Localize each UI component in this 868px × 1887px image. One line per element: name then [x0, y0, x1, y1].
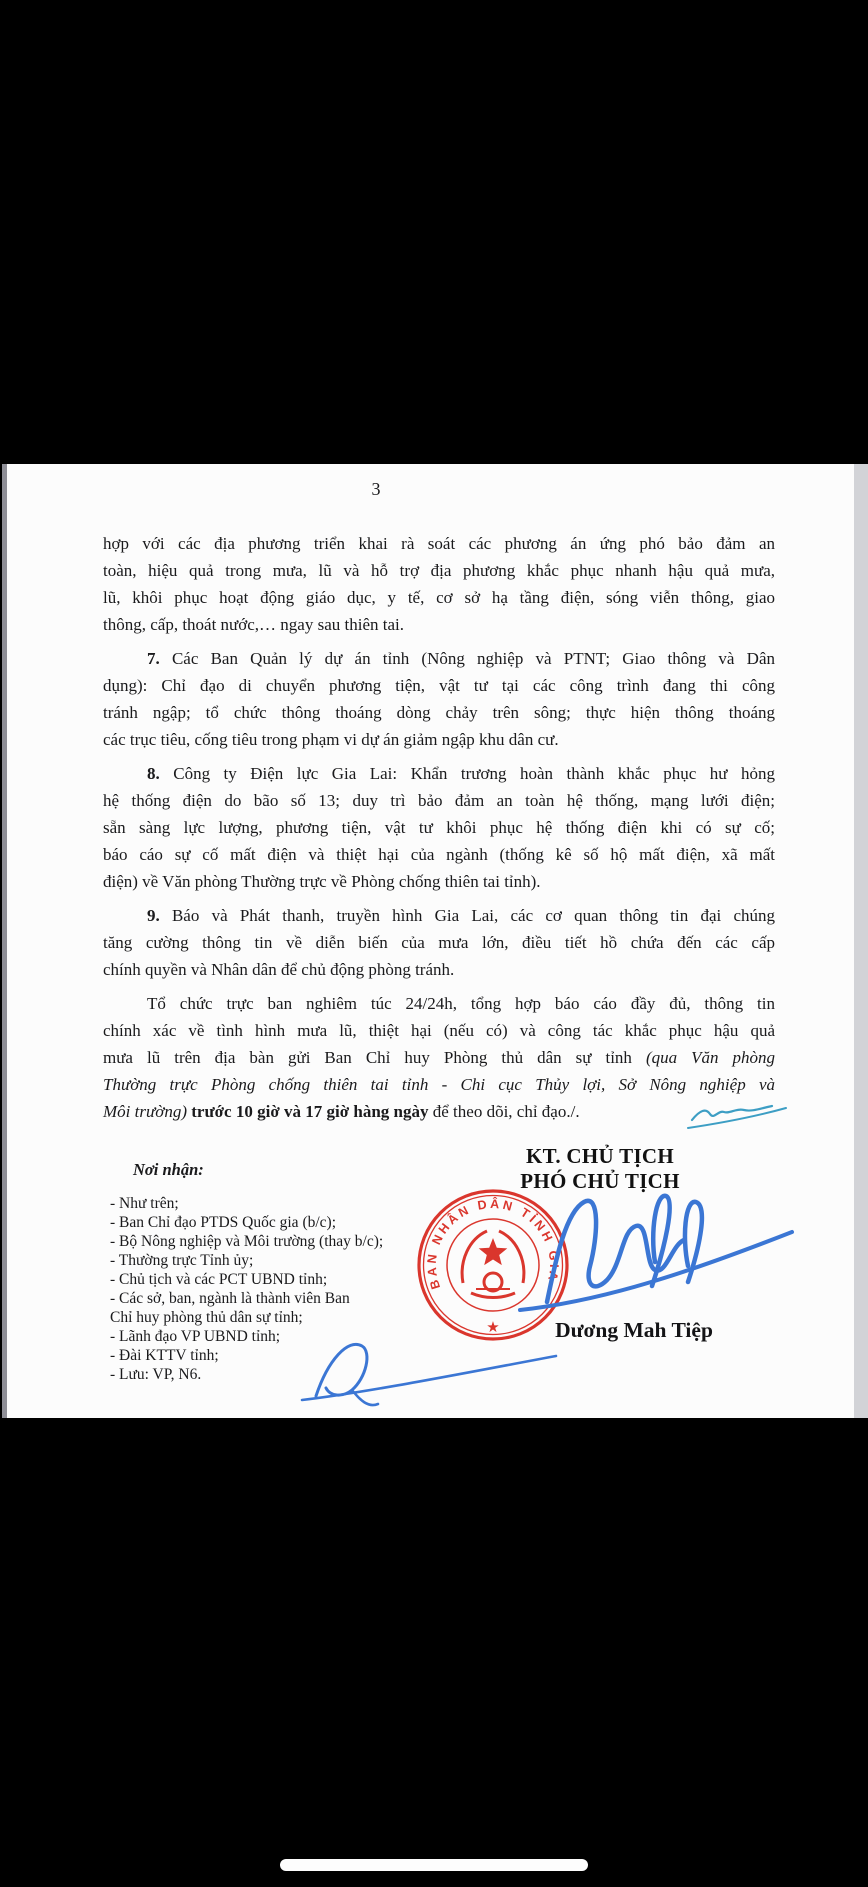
- recipient-item: - Như trên;: [110, 1194, 440, 1213]
- body-line: báo cáo sự cố mất điện và thiệt hại của …: [103, 841, 775, 868]
- body-line: hệ thống điện do bão số 13; duy trì bảo …: [103, 787, 775, 814]
- body-line: điện) về Văn phòng Thường trực về Phòng …: [103, 868, 775, 895]
- recipient-item: - Đài KTTV tỉnh;: [110, 1346, 440, 1365]
- recipients-header: Nơi nhận:: [133, 1160, 204, 1180]
- body-line: 9. Báo và Phát thanh, truyền hình Gia La…: [103, 902, 775, 929]
- paragraph: 8. Công ty Điện lực Gia Lai: Khẩn trương…: [103, 760, 775, 895]
- body-line: 7. Các Ban Quản lý dự án tỉnh (Nông nghi…: [103, 645, 775, 672]
- document-body: hợp với các địa phương triển khai rà soá…: [103, 530, 775, 1125]
- body-line: các trục tiêu, cống tiêu trong phạm vi d…: [103, 726, 775, 753]
- body-line: dụng): Chỉ đạo di chuyển phương tiện, vậ…: [103, 672, 775, 699]
- body-line: Môi trường) trước 10 giờ và 17 giờ hàng …: [103, 1098, 775, 1125]
- paragraph: 7. Các Ban Quản lý dự án tỉnh (Nông nghi…: [103, 645, 775, 753]
- paragraph: 9. Báo và Phát thanh, truyền hình Gia La…: [103, 902, 775, 983]
- body-line: tăng cường thông tin về diễn biến của mư…: [103, 929, 775, 956]
- body-line: hợp với các địa phương triển khai rà soá…: [103, 530, 775, 557]
- page-number: 3: [356, 479, 396, 500]
- recipient-item: - Thường trực Tỉnh ủy;: [110, 1251, 440, 1270]
- body-line: thông, cấp, thoát nước,… ngay sau thiên …: [103, 611, 775, 638]
- body-line: toàn, hiệu quả trong mưa, lũ và hỗ trợ đ…: [103, 557, 775, 584]
- phone-screen: 3 hợp với các địa phương triển khai rà s…: [0, 0, 868, 1887]
- recipient-item: - Ban Chỉ đạo PTDS Quốc gia (b/c);: [110, 1213, 440, 1232]
- signer-name: Dương Mah Tiệp: [512, 1318, 756, 1343]
- recipient-item: - Lãnh đạo VP UBND tỉnh;: [110, 1327, 440, 1346]
- body-line: chính quyền và Nhân dân để chủ động phòn…: [103, 956, 775, 983]
- national-emblem-icon: [462, 1231, 524, 1298]
- body-line: lũ, khôi phục hoạt động giáo dục, y tế, …: [103, 584, 775, 611]
- home-indicator-bar[interactable]: [280, 1859, 588, 1871]
- page-left-edge: [2, 464, 7, 1418]
- body-line: mưa lũ trên địa bàn gửi Ban Chỉ huy Phòn…: [103, 1044, 775, 1071]
- body-line: Thường trực Phòng chống thiên tai tỉnh -…: [103, 1071, 775, 1098]
- body-line: chính xác về tình hình mưa lũ, thiệt hại…: [103, 1017, 775, 1044]
- body-line: Tổ chức trực ban nghiêm túc 24/24h, tổng…: [103, 990, 775, 1017]
- recipient-item: - Các sở, ban, ngành là thành viên Ban: [110, 1289, 440, 1308]
- page-right-edge: [854, 464, 868, 1418]
- paragraph: hợp với các địa phương triển khai rà soá…: [103, 530, 775, 638]
- body-line: 8. Công ty Điện lực Gia Lai: Khẩn trương…: [103, 760, 775, 787]
- body-line: sẵn sàng lực lượng, phương tiện, vật tư …: [103, 814, 775, 841]
- signature-title-line1: KT. CHỦ TỊCH: [468, 1144, 732, 1169]
- seal-bottom-star: ★: [486, 1320, 499, 1336]
- recipient-item: - Lưu: VP, N6.: [110, 1365, 440, 1384]
- recipient-item: - Bộ Nông nghiệp và Môi trường (thay b/c…: [110, 1232, 440, 1251]
- recipients-list: - Như trên;- Ban Chỉ đạo PTDS Quốc gia (…: [110, 1194, 440, 1384]
- paragraph: Tổ chức trực ban nghiêm túc 24/24h, tổng…: [103, 990, 775, 1125]
- recipient-item: - Chủ tịch và các PCT UBND tỉnh;: [110, 1270, 440, 1289]
- recipient-item: Chỉ huy phòng thủ dân sự tỉnh;: [110, 1308, 440, 1327]
- body-line: tránh ngập; tổ chức thông thoáng dòng ch…: [103, 699, 775, 726]
